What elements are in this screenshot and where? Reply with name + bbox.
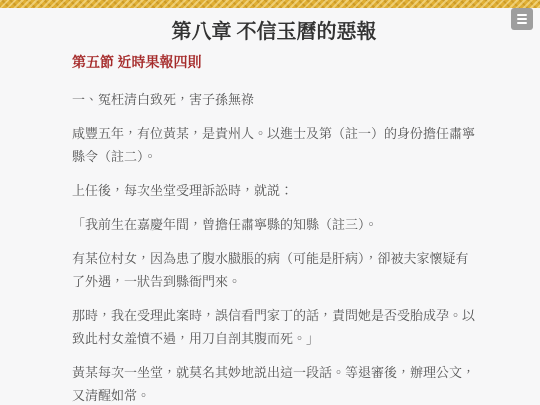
body-paragraph: 黃某每次一坐堂，就莫名其妙地説出這一段話。等退審後，辦理公文，又清醒如常。 bbox=[72, 361, 476, 405]
body-paragraph: 有某位村女，因為患了腹水臌脹的病（可能是肝病），卻被夫家懷疑有了外遇，一狀告到縣… bbox=[72, 247, 476, 293]
chapter-title: 第八章 不信玉曆的惡報 bbox=[72, 18, 476, 46]
hamburger-icon bbox=[517, 14, 527, 24]
story-heading: 一、冤枉清白致死，害子孫無祿 bbox=[72, 88, 476, 111]
body-paragraph: 那時，我在受理此案時，誤信看門家丁的話，責問她是否受胎成孕。以致此村女羞憤不過，… bbox=[72, 304, 476, 350]
menu-button[interactable] bbox=[511, 8, 533, 30]
section-heading: 第五節 近時果報四則 bbox=[72, 54, 476, 74]
decorative-top-bar bbox=[0, 0, 540, 8]
page-content: 第八章 不信玉曆的惡報 第五節 近時果報四則 一、冤枉清白致死，害子孫無祿 咸豐… bbox=[0, 18, 540, 405]
body-paragraph: 上任後，每次坐堂受理訴訟時，就説： bbox=[72, 179, 476, 202]
body-paragraph: 「我前生在嘉慶年間，曾擔任肅寧縣的知縣（註三）。 bbox=[72, 213, 476, 236]
body-paragraph: 咸豐五年，有位黃某，是貴州人。以進士及第（註一）的身份擔任肅寧縣令（註二）。 bbox=[72, 122, 476, 168]
